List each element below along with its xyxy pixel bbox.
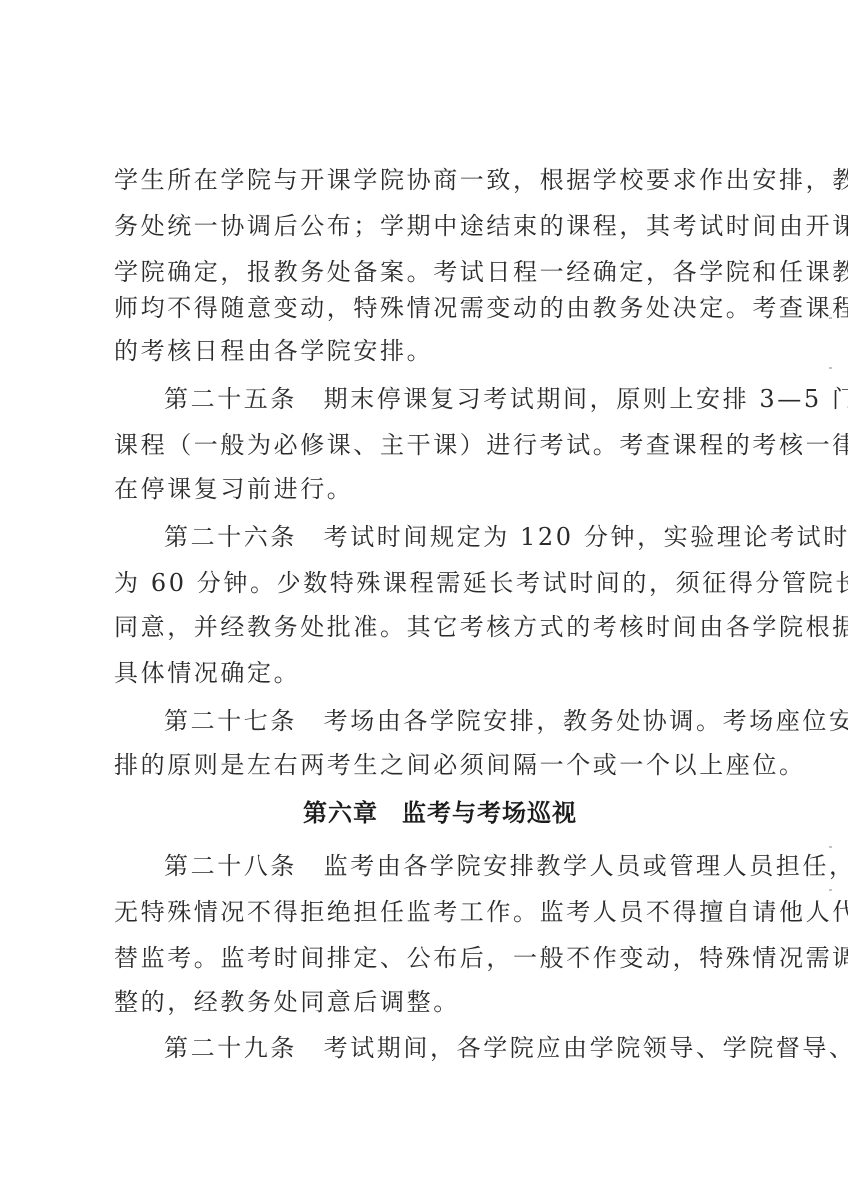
- text-line: 整的，经教务处同意后调整。: [114, 979, 754, 1025]
- text-line: 为 60 分钟。少数特殊课程需延长考试时间的，须征得分管院长: [114, 560, 754, 606]
- article-28-line: 第二十八条 监考由各学院安排教学人员或管理人员担任，: [114, 843, 754, 889]
- text-line: 课程（一般为必修课、主干课）进行考试。考查课程的考核一律: [114, 422, 754, 468]
- chapter-number: 第六章: [303, 799, 378, 827]
- text-line: 务处统一协调后公布；学期中途结束的课程，其考试时间由开课: [114, 203, 754, 249]
- text-line: 在停课复习前进行。: [114, 466, 754, 512]
- text-line: 师均不得随意变动，特殊情况需变动的由教务处决定。考查课程: [114, 285, 754, 331]
- text-line: 替监考。监考时间排定、公布后，一般不作变动，特殊情况需调: [114, 935, 754, 981]
- text-line: 同意，并经教务处批准。其它考核方式的考核时间由各学院根据: [114, 604, 754, 650]
- scan-artifact: [829, 317, 832, 319]
- article-25-line: 第二十五条 期末停课复习考试期间，原则上安排 3—5 门: [114, 376, 754, 422]
- text-line: 具体情况确定。: [114, 650, 754, 696]
- scan-artifact: [829, 846, 832, 848]
- text-line: 的考核日程由各学院安排。: [114, 328, 754, 374]
- text-line: 学生所在学院与开课学院协商一致，根据学校要求作出安排，教: [114, 157, 754, 203]
- article-29-line: 第二十九条 考试期间，各学院应由学院领导、学院督导、: [114, 1025, 754, 1071]
- scan-artifact: [829, 889, 832, 891]
- text-line: 排的原则是左右两考生之间必须间隔一个或一个以上座位。: [114, 742, 754, 788]
- chapter-title: 监考与考场巡视: [402, 799, 577, 827]
- scan-artifact: [829, 367, 832, 369]
- article-27-line: 第二十七条 考场由各学院安排，教务处协调。考场座位安: [114, 698, 754, 744]
- text-line: 无特殊情况不得拒绝担任监考工作。监考人员不得擅自请他人代: [114, 889, 754, 935]
- document-page: 学生所在学院与开课学院协商一致，根据学校要求作出安排，教 务处统一协调后公布；学…: [0, 0, 848, 1200]
- article-26-line: 第二十六条 考试时间规定为 120 分钟，实验理论考试时间: [114, 514, 754, 560]
- chapter-heading: 第六章监考与考场巡视: [0, 790, 848, 836]
